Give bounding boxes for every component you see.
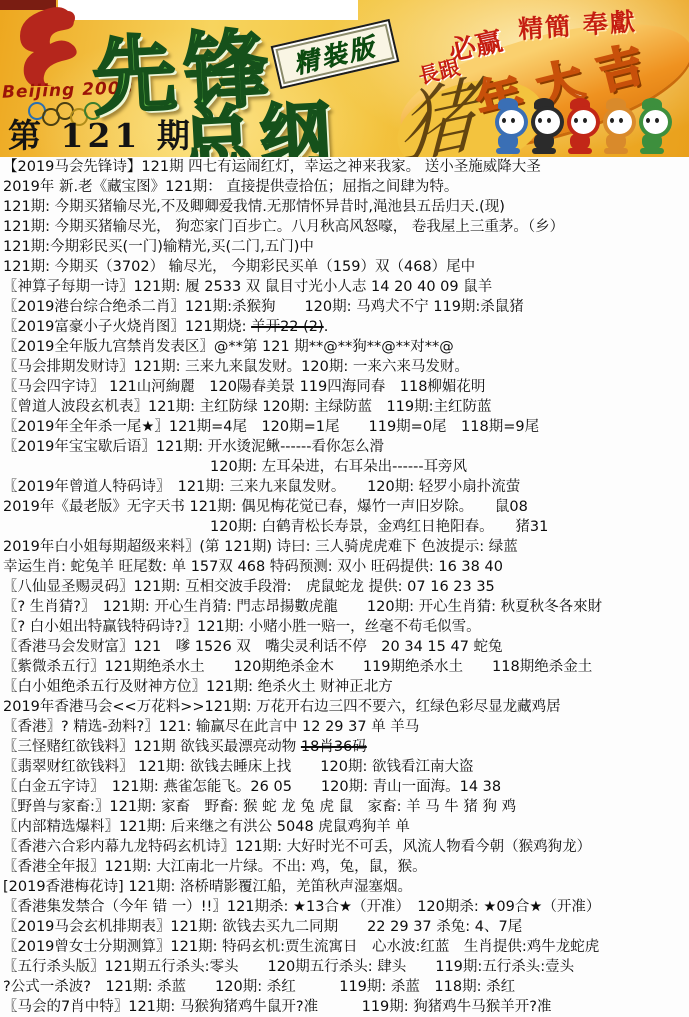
masthead-title-bottom: 总纲 [179, 78, 340, 157]
text-line: 〖2019富豪小子火烧肖图〗121期烧: 羊开22 (2). [0, 317, 689, 337]
text-line: 〖香港马会发财富〗121 嗲 1526 双 嘴尖灵利话不停 20 34 15 4… [0, 637, 689, 657]
struck-text: 18肖36码 [301, 739, 367, 755]
text-line: 〖翡翠财红欲钱料〗 121期: 欲钱去睡床上找 120期: 欲钱看江南大盗 [0, 757, 689, 777]
text-line: 121期: 今期买（3702） 输尽光， 今期彩民买单（159）双（468）尾中 [0, 257, 689, 277]
text-line: 120期: 左耳朵进，右耳朵出------耳旁风 [0, 457, 689, 477]
text-line: 〖内部精选爆料〗121期: 后来继之有洪公 5048 虎鼠鸡狗羊 单 [0, 817, 689, 837]
text-line: 〖2019全年版九宫禁肖发表区〗@**第 121 期**@**狗**@**对**… [0, 337, 689, 357]
text-line: 〖? 生肖猜?〗 121期: 开心生肖猜: 門志昂揚數虎龍 120期: 开心生肖… [0, 597, 689, 617]
tip-sheet-page: 猪 年大吉 Beijing 2008 第 121 期 先锋 总纲 精装版 必赢 … [0, 0, 689, 1017]
text-line: 2019年白小姐每期超级来料〗(第 121期) 诗曰: 三人骑虎虎难下 色波提示… [0, 537, 689, 557]
text-line: 〖五行杀头版〗121期五行杀头:零头 120期五行杀头: 肆头 119期:五行杀… [0, 957, 689, 977]
text-line: 〖白金五字诗〗 121期: 燕雀怎能飞。26 05 120期: 青山一面海。14… [0, 777, 689, 797]
text-line: 〖八仙显圣赐灵码〗121期: 互相交波手段滑: 虎鼠蛇龙 提供: 07 16 2… [0, 577, 689, 597]
text-line: 121期: 今期买猪输尽光,不及卿卿爱我情.无那情怀异昔时,渑池县五岳归天.(现… [0, 197, 689, 217]
text-line: 121期: 今期买猪输尽光， 狗恋家门百步亡。八月秋高风怒嚎， 卷我屋上三重茅。… [0, 217, 689, 237]
deluxe-edition-badge-label: 精装版 [290, 27, 380, 81]
fuwa-mascot-yingying-icon [600, 98, 632, 154]
text-line: 〖2019港台综合绝杀二肖〗121期:杀猴狗 120期: 马鸡犬不宁 119期:… [0, 297, 689, 317]
text-line: 〖三怪赌红欲钱料〗121期 欲钱买最漂亮动物 18肖36码 [0, 737, 689, 757]
text-line: 幸运生肖: 蛇兔羊 旺尾数: 单 157双 468 特码预测: 双小 旺码提供:… [0, 557, 689, 577]
text-line: 〖2019马会玄机排期表〗121期: 欲钱去买九二同期 22 29 37 杀兔:… [0, 917, 689, 937]
fuwa-mascot-beibei-icon [492, 98, 524, 154]
text-line: 〖野兽与家畜:〗121期: 家畜 野畜: 猴 蛇 龙 兔 虎 鼠 家畜: 羊 马… [0, 797, 689, 817]
text-line: 〖白小姐绝杀五行及财神方位〗121期: 绝杀火土 财神正北方 [0, 677, 689, 697]
fuwa-mascots-icon [492, 98, 668, 154]
text-line: 〖神算子每期一诗〗121期: 履 2533 双 鼠目寸光小人志 14 20 40… [0, 277, 689, 297]
fuwa-mascot-jingjing-icon [528, 98, 560, 154]
masthead: 猪 年大吉 Beijing 2008 第 121 期 先锋 总纲 精装版 必赢 … [0, 0, 689, 157]
text-line: 〖曾道人波段玄机表〗121期: 主红防绿 120期: 主绿防蓝 119期:主红防… [0, 397, 689, 417]
text-line: ?公式一杀波? 121期: 杀蓝 120期: 杀红 119期: 杀蓝 118期:… [0, 977, 689, 997]
text-line: 【2019马会先锋诗】121期 四七有运闹红灯，幸运之神来我家。 送小圣施威降大… [0, 157, 689, 177]
text-line: 〖香港集发禁合（今年 错 一）!!〗121期杀: ★13合★（开准） 120期杀… [0, 897, 689, 917]
fuwa-mascot-nini-icon [636, 98, 668, 154]
text-line: 〖香港〗? 精选-劲料?〗121: 输赢尽在此言中 12 29 37 单 羊马 [0, 717, 689, 737]
text-line: [2019香港梅花诗] 121期: 洛桥晴影覆江船，羌笛秋声湿塞烟。 [0, 877, 689, 897]
text-line: 2019年香港马会<<万花料>>121期: 万花开右边三四不要六，红绿色彩尽显龙… [0, 697, 689, 717]
text-line: 〖2019曾女士分期测算〗121期: 特码玄机:贾生流寓日 心水波:红蓝 生肖提… [0, 937, 689, 957]
fuwa-mascot-huanhuan-icon [564, 98, 596, 154]
text-line: 121期:今期彩民买(一门)输精光,买(二门,五门)中 [0, 237, 689, 257]
text-line: 120期: 白鹤青松长寿景，金鸡红日艳阳春。 猪31 [0, 517, 689, 537]
text-line: 〖? 白小姐出特赢钱特码诗?〗121期: 小赌小胜一赔一，丝毫不苟毛似雪。 [0, 617, 689, 637]
struck-text: 羊开22 (2) [251, 319, 324, 335]
text-line: 〖马会四字诗〗 121山河絢麗 120陽春美景 119四海同春 118柳媚花明 [0, 377, 689, 397]
text-line: 2019年 新.老《藏宝图》121期： 直接提供壹拾伍；屈指之间肆为特。 [0, 177, 689, 197]
text-line: 〖2019年宝宝歇后语〗121期: 开水烫泥鳅------看你怎么滑 [0, 437, 689, 457]
text-line: 2019年《最老版》无字天书 121期: 偶见梅花觉已春，爆竹一声旧岁除。 鼠0… [0, 497, 689, 517]
text-line: 〖2019年全年杀一尾★〗121期=4尾 120期=1尾 119期=0尾 118… [0, 417, 689, 437]
text-line: 〖紫微杀五行〗121期绝杀水土 120期绝杀金木 119期绝杀水土 118期绝杀… [0, 657, 689, 677]
text-line: 〖马会的7肖中特〗121期: 马猴狗猪鸡牛鼠开?准 119期: 狗猪鸡牛马猴羊开… [0, 997, 689, 1017]
body-lines: 【2019马会先锋诗】121期 四七有运闹红灯，幸运之神来我家。 送小圣施威降大… [0, 157, 689, 1017]
text-line: 〖香港六合彩内幕九龙特码玄机诗〗121期: 大好时光不可丢，风流人物看今朝（猴鸡… [0, 837, 689, 857]
text-line: 〖马会排期发财诗〗121期: 三来九来鼠发财。120期: 一来六来马发财。 [0, 357, 689, 377]
text-line: 〖2019年曾道人特码诗〗 121期: 三来九来鼠发财。 120期: 轻罗小扇扑… [0, 477, 689, 497]
text-line: 〖香港全年报〗121期: 大江南北一片绿。不出: 鸡，兔，鼠，猴。 [0, 857, 689, 877]
